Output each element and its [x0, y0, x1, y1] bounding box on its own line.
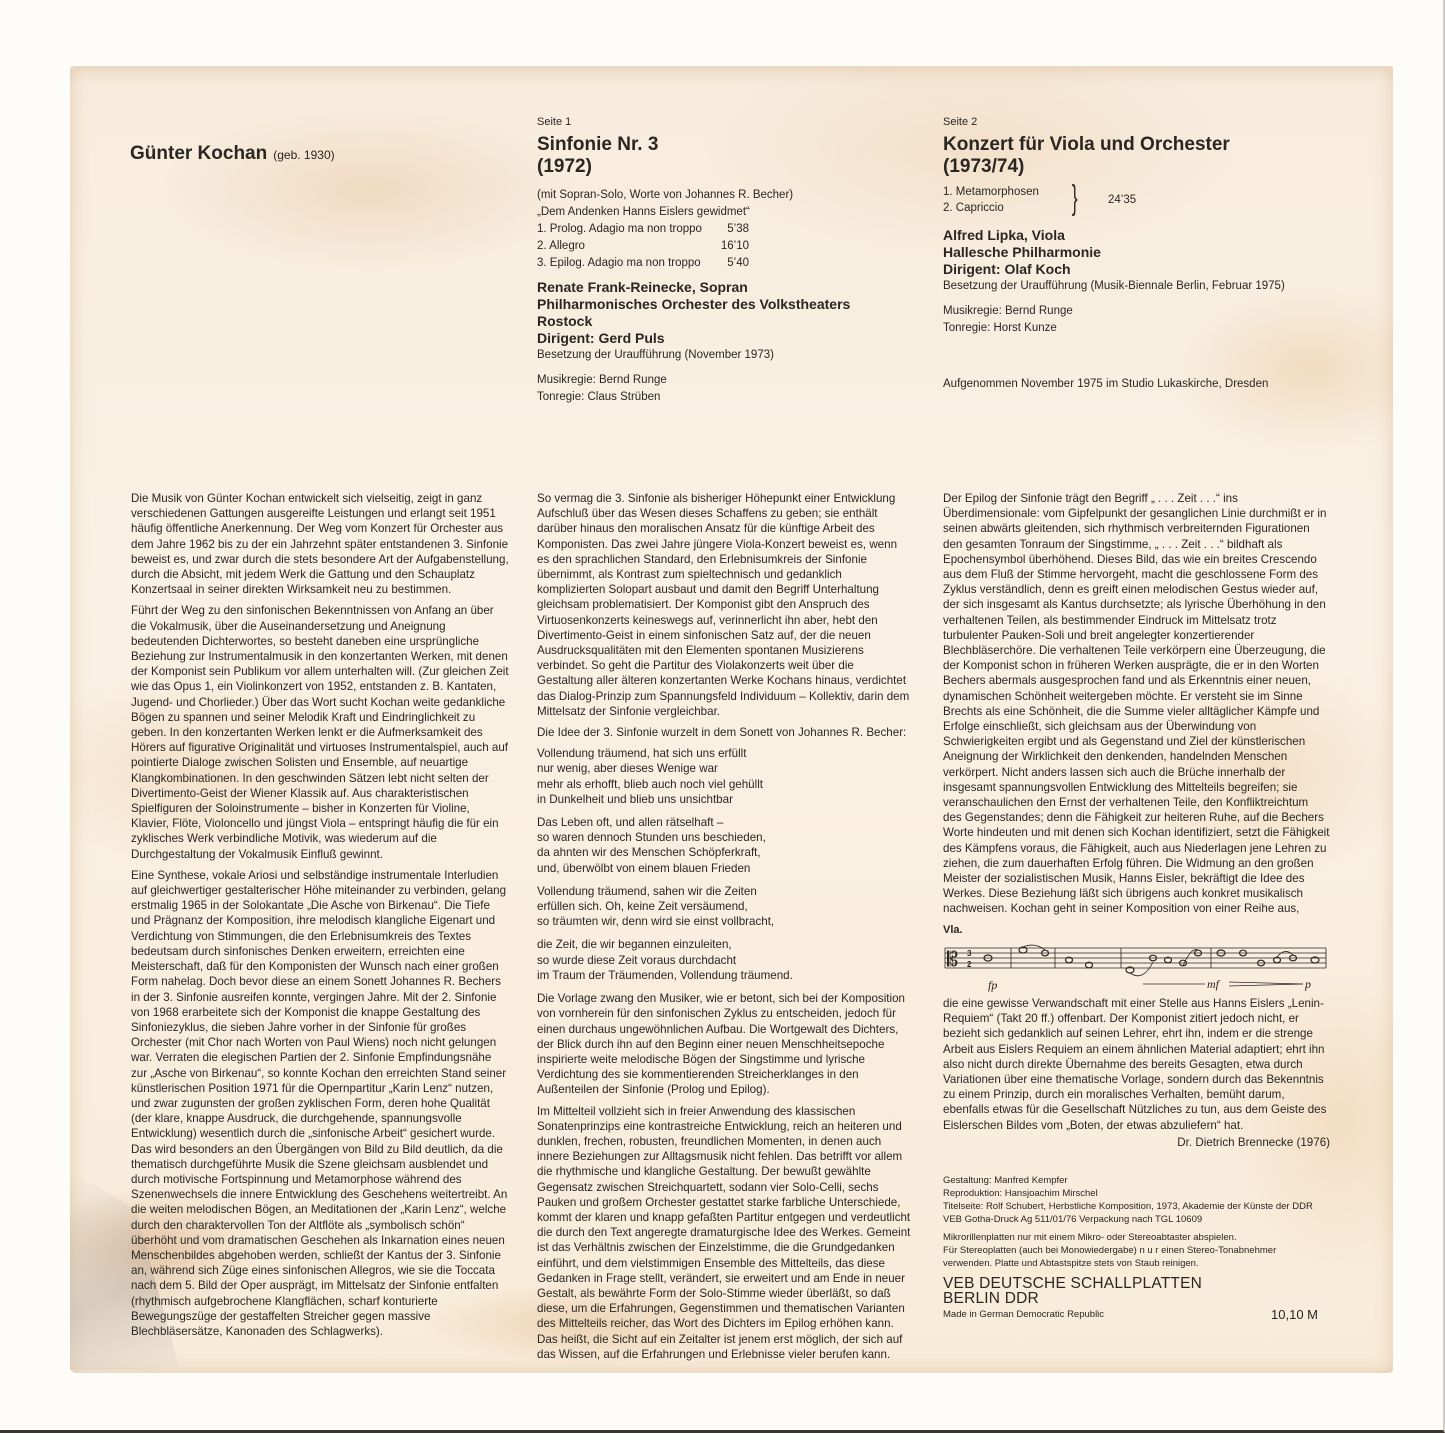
composer-years: (geb. 1930)	[273, 148, 334, 162]
track-title: 3. Epilog. Adagio ma non troppo	[537, 255, 709, 272]
author-signature: Dr. Dietrich Brennecke (1976)	[943, 1135, 1330, 1150]
side1-premiere: Besetzung der Uraufführung (November 197…	[537, 347, 917, 364]
side2-track-2: 2. Capriccio	[943, 200, 1004, 217]
track-title: 2. Allegro	[537, 238, 709, 255]
track-row: 1. Prolog. Adagio ma non troppo5’38	[537, 221, 917, 238]
imprint-line: Reproduktion: Hansjoachim Mirschel	[943, 1187, 1330, 1200]
imprint-line: Gestaltung: Manfred Kempfer	[943, 1174, 1330, 1187]
side1-tracklist: 1. Prolog. Adagio ma non troppo5’382. Al…	[537, 221, 917, 272]
col1-paragraph: Eine Synthese, vokale Ariosi und selbstä…	[131, 868, 509, 1339]
poem-line: und, überwölbt von einem blauen Frieden	[537, 861, 912, 876]
poem-line: im Traum der Träumenden, Vollendung träu…	[537, 968, 912, 983]
poem-line: Vollendung träumend, sahen wir die Zeite…	[537, 884, 912, 899]
poem-line: so träumten wir, denn wird sie einst vol…	[537, 914, 912, 929]
brace-icon: }	[1072, 178, 1078, 218]
liner-notes-column-1: Die Musik von Günter Kochan entwickelt s…	[131, 491, 509, 1345]
recording-info: Aufgenommen November 1975 im Studio Luka…	[943, 376, 1343, 393]
care-instructions: Mikrorillenplatten nur mit einem Mikro- …	[943, 1231, 1330, 1270]
side2-tracklist: 1. Metamorphosen 2. Capriccio } 24’35	[943, 184, 1343, 224]
side1-music-director: Musikregie: Bernd Runge	[537, 372, 917, 389]
poem-stanza: Vollendung träumend, hat sich uns erfüll…	[537, 746, 912, 807]
dynamic-fp: fp	[988, 978, 997, 993]
care-line: verwenden. Platte und Abtastspitze stets…	[943, 1257, 1330, 1270]
side2-title-line2: (1973/74)	[943, 156, 1343, 178]
poem-line: nur wenig, aber dieses Wenige war	[537, 761, 912, 776]
liner-notes-column-2: So vermag die 3. Sinfonie als bisheriger…	[537, 491, 912, 1368]
track-duration: 5’38	[709, 221, 749, 238]
poem-line: so waren dennoch Stunden uns beschieden,	[537, 830, 912, 845]
poem-line: mehr als erhofft, blieb auch noch viel g…	[537, 777, 912, 792]
poem-line: in Dunkelheit und blieb uns unsichtbar	[537, 792, 912, 807]
svg-text:3: 3	[967, 949, 972, 958]
track-title: 1. Prolog. Adagio ma non troppo	[537, 221, 709, 238]
label-name: VEB DEUTSCHE SCHALLPLATTEN	[943, 1276, 1330, 1292]
side2-sound-engineer: Tonregie: Horst Kunze	[943, 320, 1343, 337]
track-duration: 16’10	[709, 238, 749, 255]
side1-title-line1: Sinfonie Nr. 3	[537, 134, 917, 156]
performer-line: Alfred Lipka, Viola	[943, 227, 1343, 244]
poem-line: da ahnten wir des Menschen Schöpferkraft…	[537, 845, 912, 860]
performer-line: Rostock	[537, 313, 917, 330]
music-example-staff: 𝄡 3 2 fp mf p	[943, 942, 1330, 994]
track-row: 2. Allegro16’10	[537, 238, 917, 255]
poem-stanza: Vollendung träumend, sahen wir die Zeite…	[537, 884, 912, 930]
col2-paragraph: Die Idee der 3. Sinfonie wurzelt in dem …	[537, 725, 912, 740]
composer-name: Günter Kochan	[130, 143, 267, 164]
performer-line: Renate Frank-Reinecke, Sopran	[537, 279, 917, 296]
side2-performers: Alfred Lipka, ViolaHallesche Philharmoni…	[943, 227, 1343, 278]
poem-stanza: Das Leben oft, und allen rätselhaft –so …	[537, 815, 912, 876]
col2-paragraph: Im Mittelteil vollzieht sich in freier A…	[537, 1104, 912, 1362]
price: 10,10 M	[1271, 1307, 1318, 1322]
col1-paragraph: Führt der Weg zu den sinfonischen Bekenn…	[131, 603, 509, 861]
side2-title: Konzert für Viola und Orchester (1973/74…	[943, 134, 1343, 178]
col3-paragraph: die eine gewisse Verwandschaft mit einer…	[943, 996, 1330, 1133]
poem-line: Vollendung träumend, hat sich uns erfüll…	[537, 746, 912, 761]
composer-heading: Günter Kochan(geb. 1930)	[130, 143, 335, 165]
performer-line: Dirigent: Gerd Puls	[537, 330, 917, 347]
poem-line: so wurde diese Zeit voraus durchdacht	[537, 953, 912, 968]
care-line: Für Stereoplatten (auch bei Monowiederga…	[943, 1244, 1330, 1257]
music-example-instrument: Vla.	[943, 923, 1330, 938]
label-city: BERLIN DDR	[943, 1291, 1330, 1307]
side1-title-line2: (1972)	[537, 156, 917, 178]
side2-track-1: 1. Metamorphosen	[943, 184, 1039, 201]
side2-premiere: Besetzung der Uraufführung (Musik-Bienna…	[943, 278, 1343, 295]
poem-line: Das Leben oft, und allen rätselhaft –	[537, 815, 912, 830]
svg-text:𝄡: 𝄡	[947, 947, 958, 971]
performer-line: Hallesche Philharmonie	[943, 244, 1343, 261]
side1-title: Sinfonie Nr. 3 (1972)	[537, 134, 917, 178]
liner-notes-column-3: Der Epilog der Sinfonie trägt den Begrif…	[943, 491, 1330, 1322]
side2-total-duration: 24’35	[1108, 192, 1136, 209]
track-row: 3. Epilog. Adagio ma non troppo5’40	[537, 255, 917, 272]
imprint-line: Titelseite: Rolf Schubert, Herbstliche K…	[943, 1200, 1330, 1213]
becher-sonnet: Vollendung träumend, hat sich uns erfüll…	[537, 746, 912, 983]
side1-note1: (mit Sopran-Solo, Worte von Johannes R. …	[537, 187, 917, 204]
performer-line: Philharmonisches Orchester des Volksthea…	[537, 296, 917, 313]
label-block: VEB DEUTSCHE SCHALLPLATTEN BERLIN DDR Ma…	[943, 1276, 1330, 1322]
side1-performers: Renate Frank-Reinecke, SopranPhilharmoni…	[537, 279, 917, 347]
side1-block: Seite 1 Sinfonie Nr. 3 (1972) (mit Sopra…	[537, 116, 917, 406]
poem-line: erfüllen sich. Oh, keine Zeit versäumend…	[537, 899, 912, 914]
track-duration: 5’40	[709, 255, 749, 272]
performer-line: Dirigent: Olaf Koch	[943, 261, 1343, 278]
side2-title-line1: Konzert für Viola und Orchester	[943, 134, 1343, 156]
care-line: Mikrorillenplatten nur mit einem Mikro- …	[943, 1231, 1330, 1244]
dynamic-mf: mf	[1207, 977, 1219, 992]
side2-music-director: Musikregie: Bernd Runge	[943, 303, 1343, 320]
dynamic-p: p	[1305, 977, 1311, 992]
poem-line: die Zeit, die wir begannen einzuleiten,	[537, 937, 912, 952]
side2-block: Seite 2 Konzert für Viola und Orchester …	[943, 116, 1343, 393]
col2-paragraph: Die Vorlage zwang den Musiker, wie er be…	[537, 991, 912, 1097]
svg-text:2: 2	[967, 960, 972, 969]
col2-paragraph: So vermag die 3. Sinfonie als bisheriger…	[537, 491, 912, 719]
side1-sound-engineer: Tonregie: Claus Strüben	[537, 389, 917, 406]
col3-paragraph: Der Epilog der Sinfonie trägt den Begrif…	[943, 491, 1330, 917]
side1-label: Seite 1	[537, 116, 917, 128]
poem-stanza: die Zeit, die wir begannen einzuleiten,s…	[537, 937, 912, 983]
imprint-credits: Gestaltung: Manfred KempferReproduktion:…	[943, 1174, 1330, 1226]
side2-label: Seite 2	[943, 116, 1343, 128]
side1-note2: „Dem Andenken Hanns Eislers gewidmet“	[537, 204, 917, 221]
imprint-line: VEB Gotha-Druck Ag 511/01/76 Verpackung …	[943, 1213, 1330, 1226]
col1-paragraph: Die Musik von Günter Kochan entwickelt s…	[131, 491, 509, 597]
viola-staff-icon: 𝄡 3 2	[943, 942, 1328, 994]
